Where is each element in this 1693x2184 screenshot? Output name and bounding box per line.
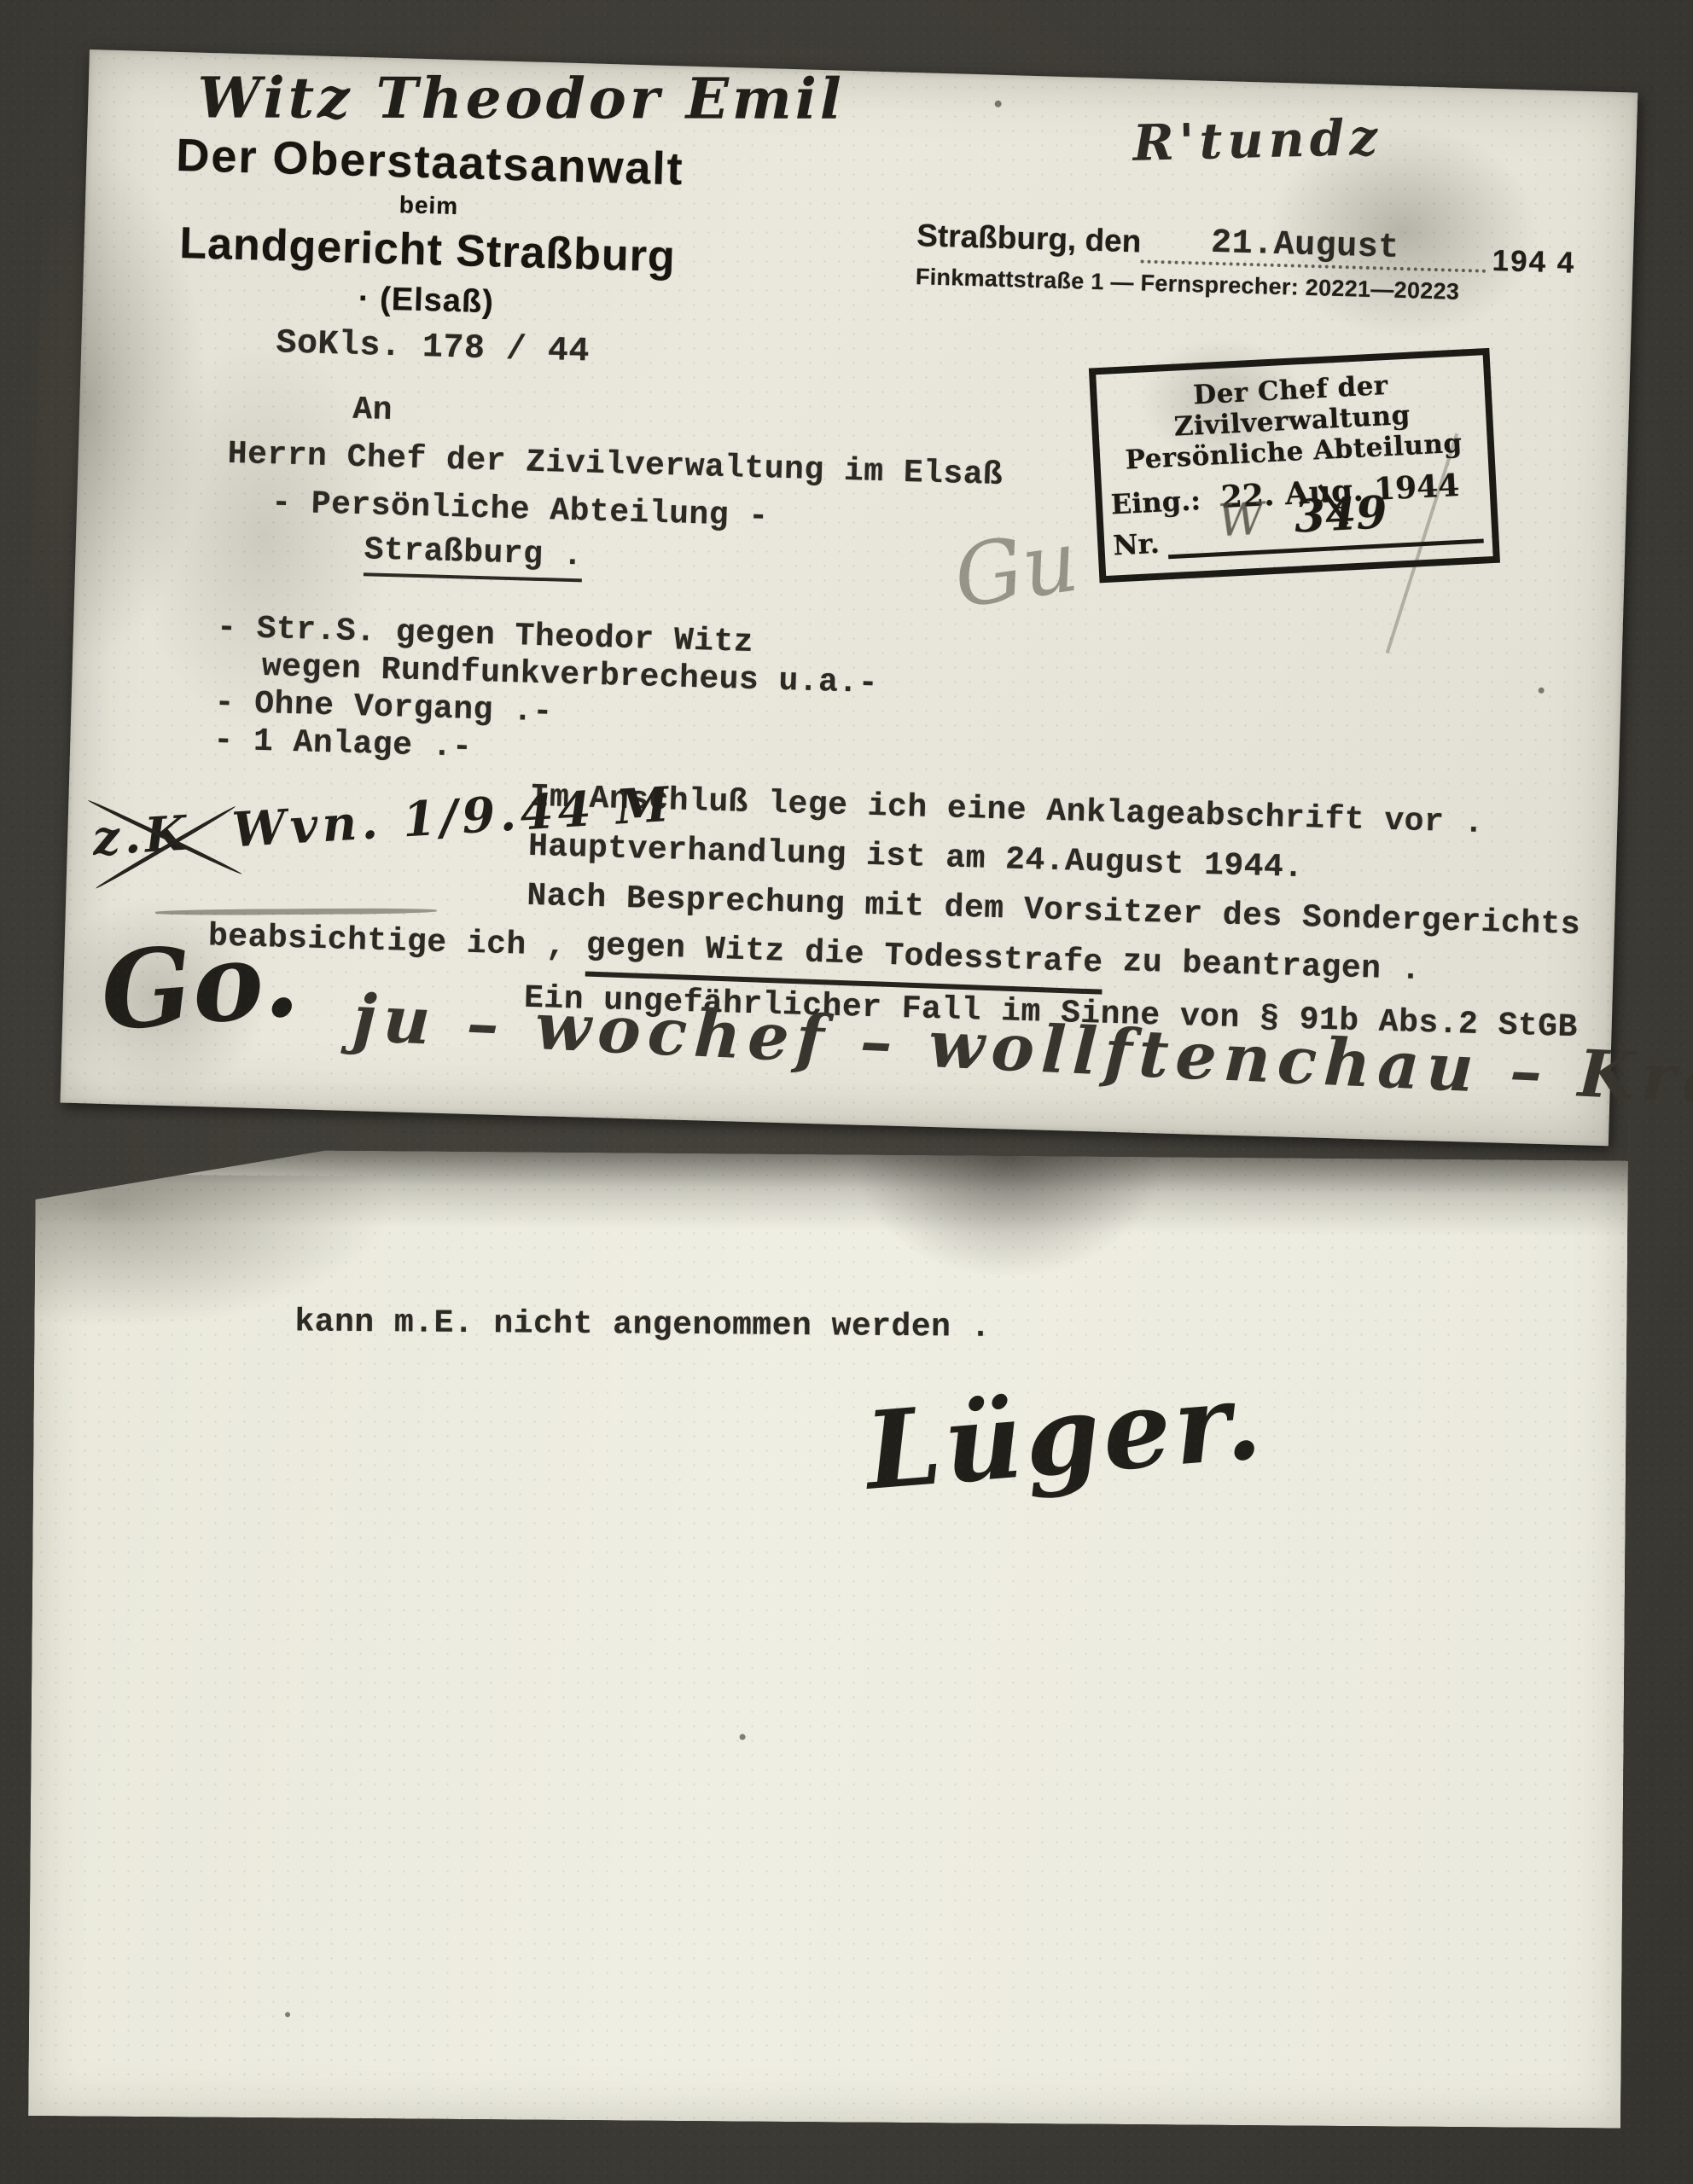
handwritten-initials-go: Go.	[96, 915, 303, 1054]
speck	[995, 101, 1002, 107]
recipient-city: Straßburg .	[364, 531, 583, 574]
stamp-nr-value: W 349	[1217, 486, 1388, 547]
file-number: SoKls. 178 / 44	[276, 324, 591, 371]
dateline-year: 194 4	[1492, 244, 1576, 281]
body-line2: Hauptverhandlung ist am 24.August 1944.	[528, 828, 1305, 886]
recipient-salutation: An	[352, 392, 393, 429]
stamp-nr-rule: W 349	[1167, 511, 1484, 560]
stamp-eingang-label: Eing.:	[1110, 484, 1201, 520]
stamp-nr-label: Nr.	[1112, 527, 1160, 562]
margin-note-underline	[155, 908, 437, 915]
handwritten-top-right-note: R'tundz	[1132, 108, 1383, 172]
dateline-place: Straßburg, den	[916, 218, 1142, 259]
letter-photo-page2: kann m.E. nicht angenommen werden . Lüge…	[28, 1148, 1628, 2129]
page2-top-edge-smudge	[35, 1148, 1628, 1238]
letterhead-court: Landgericht Straßburg	[109, 216, 746, 285]
body-line4-post: zu beantragen .	[1102, 944, 1422, 989]
archive-photo-background: { "page1": { "handwriting": { "name_top"…	[0, 0, 1693, 2184]
letterhead-street-phone: Finkmattstraße 1 — Fernsprecher: 20221—2…	[915, 264, 1459, 305]
recipient-line1: Herrn Chef der Zivilverwaltung im Elsaß	[227, 436, 1004, 494]
speck	[285, 2012, 290, 2017]
speck	[740, 1734, 746, 1740]
letter-photo-page1: Witz Theodor Emil Der Oberstaatsanwalt b…	[61, 49, 1638, 1146]
letterhead: Der Oberstaatsanwalt beim Landgericht St…	[108, 127, 748, 328]
recipient-city-text: Straßburg .	[364, 531, 584, 582]
dateline-date: 21.August	[1211, 224, 1400, 268]
speck	[1539, 688, 1545, 694]
receipt-stamp: Der Chef der Zivilverwaltung Persönliche…	[1089, 348, 1500, 583]
recipient-line2: - Persönliche Abteilung -	[271, 485, 770, 535]
handwritten-signature: Lüger.	[861, 1358, 1269, 1514]
faint-pencil-initials: Gu	[948, 511, 1085, 628]
subject-line4: - 1 Anlage .-	[213, 722, 473, 765]
handwritten-defendant-name: Witz Theodor Emil	[198, 64, 845, 131]
page2-typed-line: kann m.E. nicht angenommen werden .	[294, 1304, 991, 1345]
stamp-nr-value-w: W	[1217, 494, 1265, 548]
stamp-nr-row: Nr. W 349	[1112, 511, 1483, 562]
